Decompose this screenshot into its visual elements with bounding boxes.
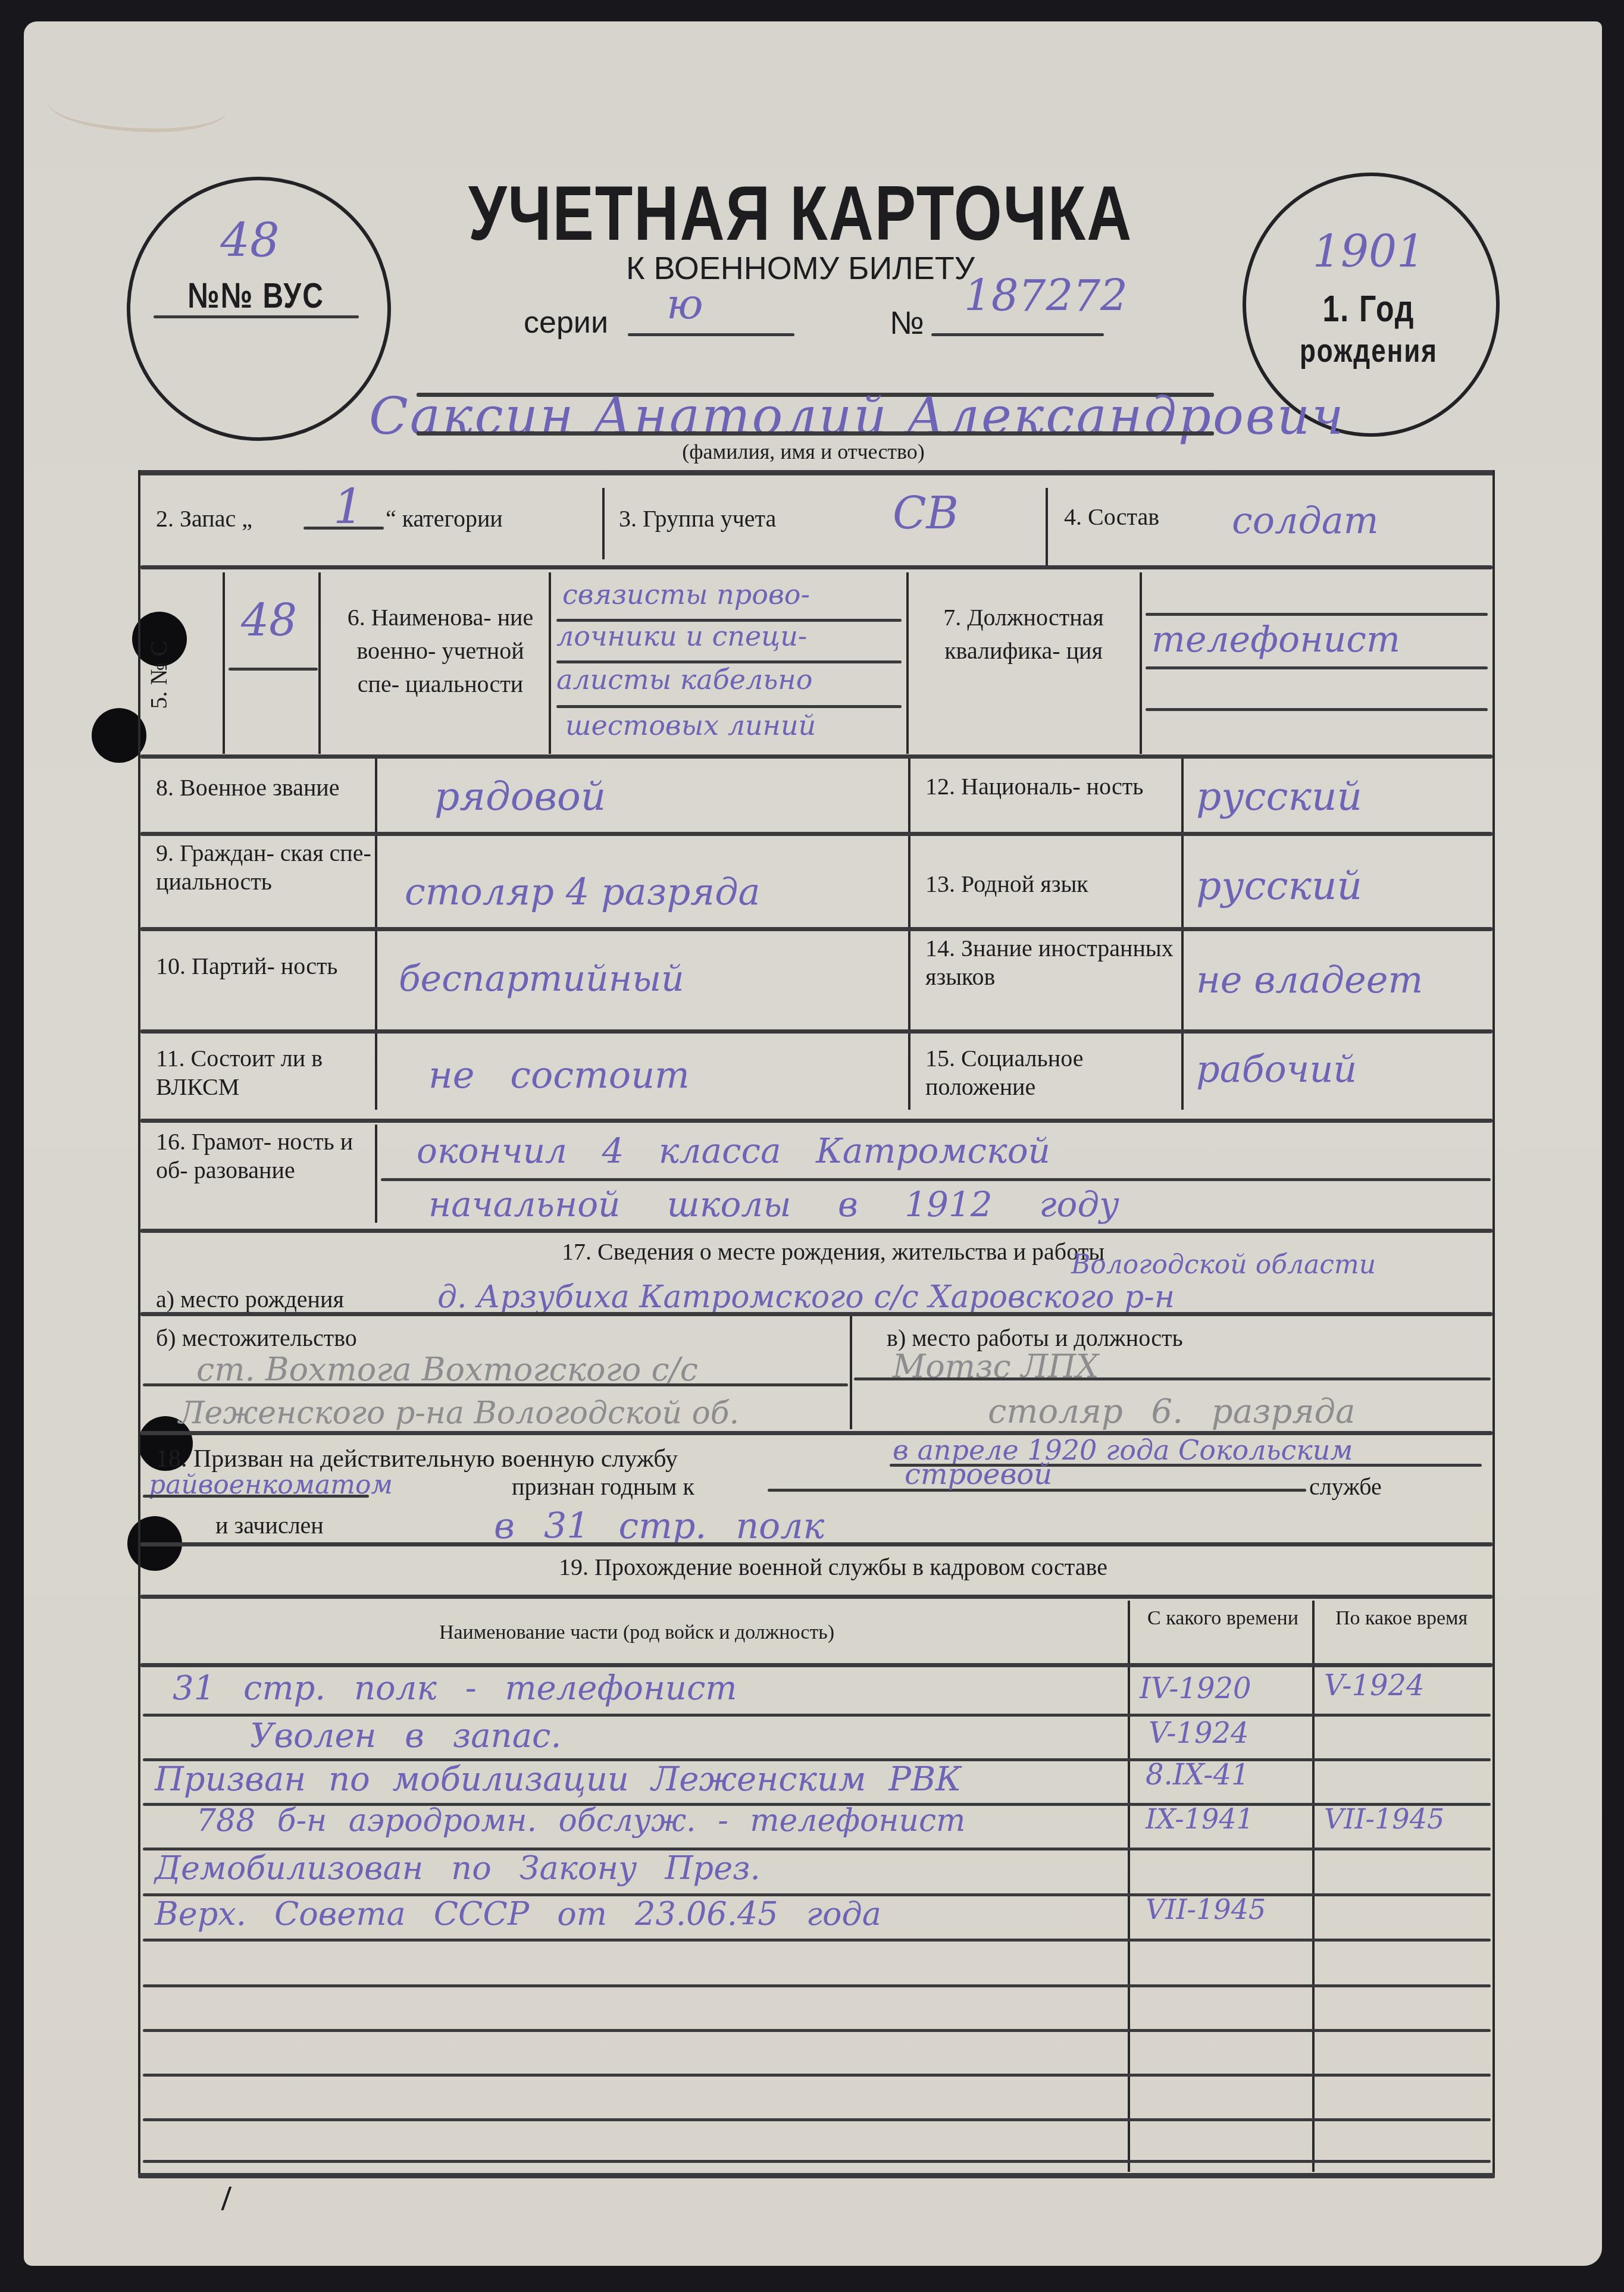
series-underline <box>628 333 794 336</box>
birthplace-rule <box>140 1312 1492 1316</box>
birth-year-label-1: 1. Год <box>1285 287 1452 331</box>
fit-value: строевой <box>905 1458 1052 1491</box>
reserve-label-prefix: 2. Запас „ <box>156 505 252 533</box>
row1-bottom <box>140 565 1492 569</box>
row2-divider-a <box>223 572 225 754</box>
table-col-divider-2 <box>1312 1601 1315 2172</box>
section17-divider <box>850 1316 852 1429</box>
table-rule-7 <box>143 1984 1491 1987</box>
residence-line-1: ст. Вохтога Вохтогского с/с <box>196 1351 698 1388</box>
grid-divider-1 <box>375 759 377 1044</box>
row8-bottom <box>140 832 1492 836</box>
qualification-label: 7. Должностная квалифика- ция <box>910 601 1137 668</box>
group-value: СВ <box>893 488 959 539</box>
field-label-8: 8. Военное звание <box>156 774 370 802</box>
field-value-8: рядовой <box>434 774 606 819</box>
birthplace-value: д. Арзубиха Катромского с/с Харовского р… <box>437 1279 1175 1315</box>
grid-divider-2 <box>908 759 910 1044</box>
water-stain <box>48 81 226 132</box>
table-header-bottom <box>140 1663 1492 1667</box>
field-value-15: рабочий <box>1196 1047 1357 1091</box>
vus-no-split <box>229 668 318 671</box>
education-divider <box>375 1125 377 1223</box>
vus-label: №№ ВУС <box>149 275 363 317</box>
vus-value: 48 <box>196 214 303 268</box>
table-rule-8 <box>143 2029 1491 2032</box>
qual-rule-3 <box>1146 708 1488 711</box>
work-rule <box>854 1377 1491 1380</box>
row1-divider-2 <box>1046 488 1048 565</box>
enrolled-label: и зачислен <box>215 1511 324 1540</box>
table-row-1-from: IV-1920 <box>1140 1672 1251 1705</box>
field-value-14: не владеет <box>1196 958 1423 1001</box>
specialty-line-4: шестовых линий <box>565 709 816 741</box>
table-row-6-from: VII-1945 <box>1146 1893 1266 1925</box>
table-row-6-unit: Верх. Совета СССР от 23.06.45 года <box>155 1895 881 1933</box>
table-row-5-unit: Демобилизован по Закону През. <box>155 1849 761 1887</box>
field-value-11: не состоит <box>428 1053 690 1097</box>
field-label-9: 9. Граждан- ская спе- циальность <box>156 839 376 896</box>
composition-value: солдат <box>1232 499 1379 542</box>
composition-label: 4. Состав <box>1064 503 1159 531</box>
table-row-4-from: IX-1941 <box>1146 1803 1254 1835</box>
specialty-label: 6. Наименова- ние военно- учетной спе- ц… <box>333 601 547 701</box>
table-row-3-unit: Призван по мобилизации Леженским РВК <box>155 1760 961 1799</box>
table-row-2-unit: Уволен в запас. <box>250 1717 561 1755</box>
specialty-line-2: лочники и специ- <box>556 620 807 652</box>
fit-label: признан годным к <box>512 1473 694 1501</box>
column-header-to: По какое время <box>1318 1607 1485 1630</box>
field-label-10: 10. Партий- ность <box>156 952 370 981</box>
group-label: 3. Группа учета <box>619 505 776 533</box>
section19-title: 19. Прохождение военной службы в кадрово… <box>298 1553 1369 1582</box>
row2-divider-b <box>318 572 321 754</box>
enrolled-value: в 31 стр. полк <box>494 1505 824 1547</box>
column-header-from: С какого времени <box>1140 1607 1306 1630</box>
row2-divider-e <box>1140 572 1142 754</box>
frame-left <box>138 470 140 2178</box>
frame-right <box>1492 470 1495 2178</box>
birthplace-value-above: Вологодской области <box>1071 1250 1376 1280</box>
table-rule-11 <box>143 2160 1491 2163</box>
education-rule <box>381 1178 1491 1181</box>
table-rule-6 <box>143 1939 1491 1942</box>
column-header-unit: Наименование части (род войск и должност… <box>149 1621 1125 1644</box>
footer-mark: / <box>221 2178 231 2219</box>
field-value-10: беспартийный <box>399 958 684 1000</box>
vus-no-value: 48 <box>241 595 297 646</box>
row2-divider-d <box>906 572 909 754</box>
table-row-1-unit: 31 стр. полк - телефонист <box>173 1669 737 1708</box>
number-label: № <box>890 305 924 342</box>
section19-title-bottom <box>140 1595 1492 1599</box>
row9-bottom <box>140 927 1492 931</box>
education-label: 16. Грамот- ность и об- разование <box>156 1128 376 1185</box>
field-label-12: 12. Националь- ность <box>925 772 1175 801</box>
field-label-13: 13. Родной язык <box>925 870 1175 898</box>
row16-bottom <box>140 1229 1492 1233</box>
table-rule-10 <box>143 2118 1491 2121</box>
education-line-2: начальной школы в 1912 году <box>428 1184 1119 1225</box>
table-col-divider-1 <box>1128 1601 1130 2172</box>
reserve-value: 1 <box>333 479 364 534</box>
name-line-bottom <box>417 431 1214 436</box>
specialty-line-3: алисты кабельно <box>556 663 812 696</box>
grid-divider-1b <box>375 1035 377 1110</box>
table-row-1-to: V-1924 <box>1324 1669 1425 1702</box>
row1-divider-1 <box>602 488 605 559</box>
field-label-15: 15. Социальное положение <box>925 1044 1175 1101</box>
field-label-11: 11. Состоит ли в ВЛКСМ <box>156 1044 376 1101</box>
residence-rule <box>143 1383 848 1386</box>
row10-bottom <box>140 1029 1492 1034</box>
table-row-3-from: 8.IX-41 <box>1146 1758 1250 1792</box>
field-value-12: русский <box>1196 774 1362 819</box>
field-label-14: 14. Знание иностранных языков <box>925 934 1175 991</box>
called-label: 18. Призван на действительную военную сл… <box>156 1445 678 1473</box>
qual-rule-1 <box>1146 613 1488 616</box>
birthplace-label: а) место рождения <box>156 1285 344 1314</box>
table-row-4-to: VII-1945 <box>1324 1803 1444 1835</box>
specialty-line-1: связисты прово- <box>562 578 810 610</box>
qual-rule-2 <box>1146 666 1488 669</box>
name-caption: (фамилия, имя и отчество) <box>637 439 970 464</box>
frame-top <box>138 470 1495 475</box>
residence-line-2: Леженского р-на Вологодской об. <box>179 1395 739 1431</box>
number-value: 187272 <box>964 271 1128 321</box>
grid-divider-3b <box>1181 1035 1184 1110</box>
table-row-4-unit: 788 б-н аэродромн. обслуж. - телефонист <box>196 1803 965 1839</box>
qualification-value: телефонист <box>1151 619 1400 660</box>
page-subtitle: К ВОЕННОМУ БИЛЕТУ <box>583 250 1018 287</box>
service-word: службе <box>1309 1473 1382 1501</box>
table-row-2-from: V-1924 <box>1149 1717 1249 1750</box>
birth-year-value: 1901 <box>1303 226 1434 277</box>
row18-bottom <box>140 1542 1492 1546</box>
reserve-label-suffix: “ категории <box>386 505 503 533</box>
table-rule-9 <box>143 2074 1491 2077</box>
row2-bottom <box>140 754 1492 759</box>
residence-label: б) местожительство <box>156 1324 357 1352</box>
grid-divider-2b <box>908 1035 910 1110</box>
vus-no-label: 5. № С <box>145 641 173 709</box>
work-line-2: столяр 6. разряда <box>988 1392 1355 1431</box>
field-value-13: русский <box>1196 863 1362 909</box>
vus-underline <box>154 315 359 318</box>
called-cont-rule <box>143 1495 369 1498</box>
field-value-9: столяр 4 разряда <box>405 870 760 913</box>
row2-divider-c <box>549 572 551 754</box>
row11-bottom <box>140 1119 1492 1123</box>
birth-year-label-2: рождения <box>1273 333 1464 370</box>
number-underline <box>931 333 1104 336</box>
specialty-rule-3 <box>556 705 902 708</box>
grid-divider-3 <box>1181 759 1184 1044</box>
frame-bottom <box>138 2173 1495 2178</box>
series-value: ю <box>667 280 703 328</box>
page-title: УЧЕТНАЯ КАРТОЧКА <box>464 170 1137 258</box>
full-name: Саксин Анатолий Александрович <box>369 387 1345 446</box>
series-label: серии <box>524 305 608 340</box>
education-line-1: окончил 4 класса Катромской <box>417 1131 1050 1171</box>
